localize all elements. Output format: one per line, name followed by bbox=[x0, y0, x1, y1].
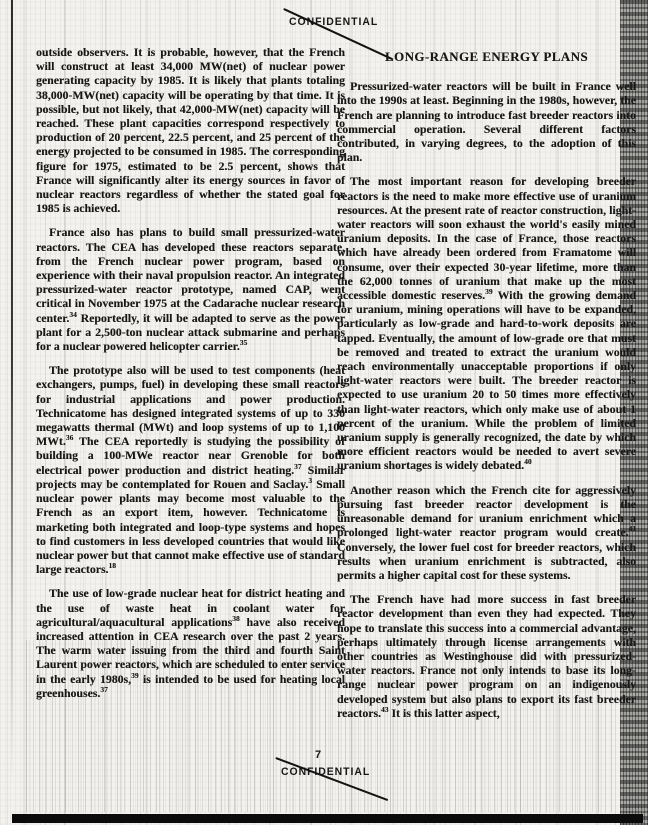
paragraph: outside observers. It is probable, howev… bbox=[36, 45, 345, 215]
paragraph: The prototype also will be used to test … bbox=[36, 363, 345, 576]
paragraph: Pressurized-water reactors will be built… bbox=[337, 79, 636, 164]
left-column: outside observers. It is probable, howev… bbox=[36, 45, 345, 710]
paragraph: The use of low-grade nuclear heat for di… bbox=[36, 586, 345, 700]
scan-bottom-bar bbox=[12, 814, 643, 823]
strike-line-bottom-icon bbox=[275, 757, 388, 801]
paragraph: Another reason which the French cite for… bbox=[337, 483, 636, 582]
paragraph: France also has plans to build small pre… bbox=[36, 225, 345, 353]
page-number: 7 bbox=[315, 749, 321, 761]
document-page: CONFIDENTIAL outside observers. It is pr… bbox=[0, 0, 648, 825]
section-heading: LONG-RANGE ENERGY PLANS bbox=[337, 50, 636, 64]
paragraph: The most important reason for developing… bbox=[337, 174, 636, 472]
right-column: LONG-RANGE ENERGY PLANS Pressurized-wate… bbox=[337, 45, 636, 730]
paragraph: The French have had more success in fast… bbox=[337, 592, 636, 720]
scan-edge-line bbox=[11, 0, 13, 825]
